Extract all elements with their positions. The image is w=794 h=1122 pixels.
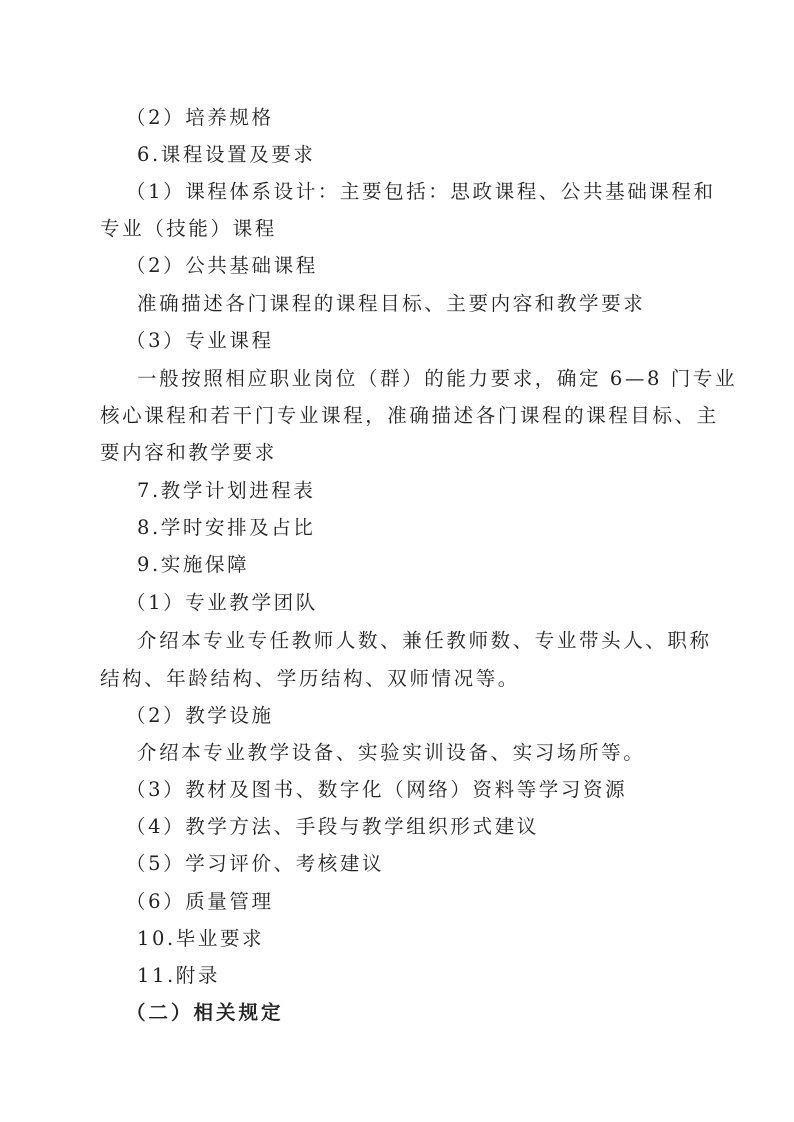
paragraph-line: 一般按照相应职业岗位（群）的能力要求，确定 6—8 门专业 [137,367,737,391]
heading-appendix: 11.附录 [137,964,220,988]
paragraph-line: 介绍本专业教学设备、实验实训设备、实习场所等。 [137,741,645,765]
heading-resources: （3）教材及图书、数字化（网络）资料等学习资源 [126,778,627,802]
heading-public-courses: （2）公共基础课程 [126,254,318,278]
heading-teaching-team: （1）专业教学团队 [126,591,318,615]
paragraph-line: 结构、年龄结构、学历结构、双师情况等。 [100,667,520,691]
paragraph-line: 专业（技能）课程 [100,217,277,241]
paragraph-line: 准确描述各门课程的课程目标、主要内容和教学要求 [137,292,645,316]
heading-training-specs: （2）培养规格 [126,106,274,130]
heading-major-courses: （3）专业课程 [126,329,274,353]
heading-course-system: （1）课程体系设计：主要包括：思政课程、公共基础课程和 [126,180,716,204]
heading-facilities: （2）教学设施 [126,704,274,728]
heading-hours: 8.学时安排及占比 [137,516,316,540]
heading-implementation: 9.实施保障 [137,553,249,577]
heading-curriculum: 6.课程设置及要求 [137,143,316,167]
paragraph-line: 要内容和教学要求 [100,441,277,465]
heading-quality: （6）质量管理 [126,890,274,914]
heading-evaluation: （5）学习评价、考核建议 [126,852,384,876]
heading-graduation: 10.毕业要求 [137,927,264,951]
paragraph-line: 介绍本专业专任教师人数、兼任教师数、专业带头人、职称 [137,629,712,653]
heading-teaching-plan: 7.教学计划进程表 [137,479,316,503]
document-page: （2）培养规格 6.课程设置及要求 （1）课程体系设计：主要包括：思政课程、公共… [0,0,794,1122]
paragraph-line: 核心课程和若干门专业课程，准确描述各门课程的课程目标、主 [100,404,719,428]
heading-methods: （4）教学方法、手段与教学组织形式建议 [126,815,539,839]
heading-regulations: （二）相关规定 [126,1001,284,1025]
